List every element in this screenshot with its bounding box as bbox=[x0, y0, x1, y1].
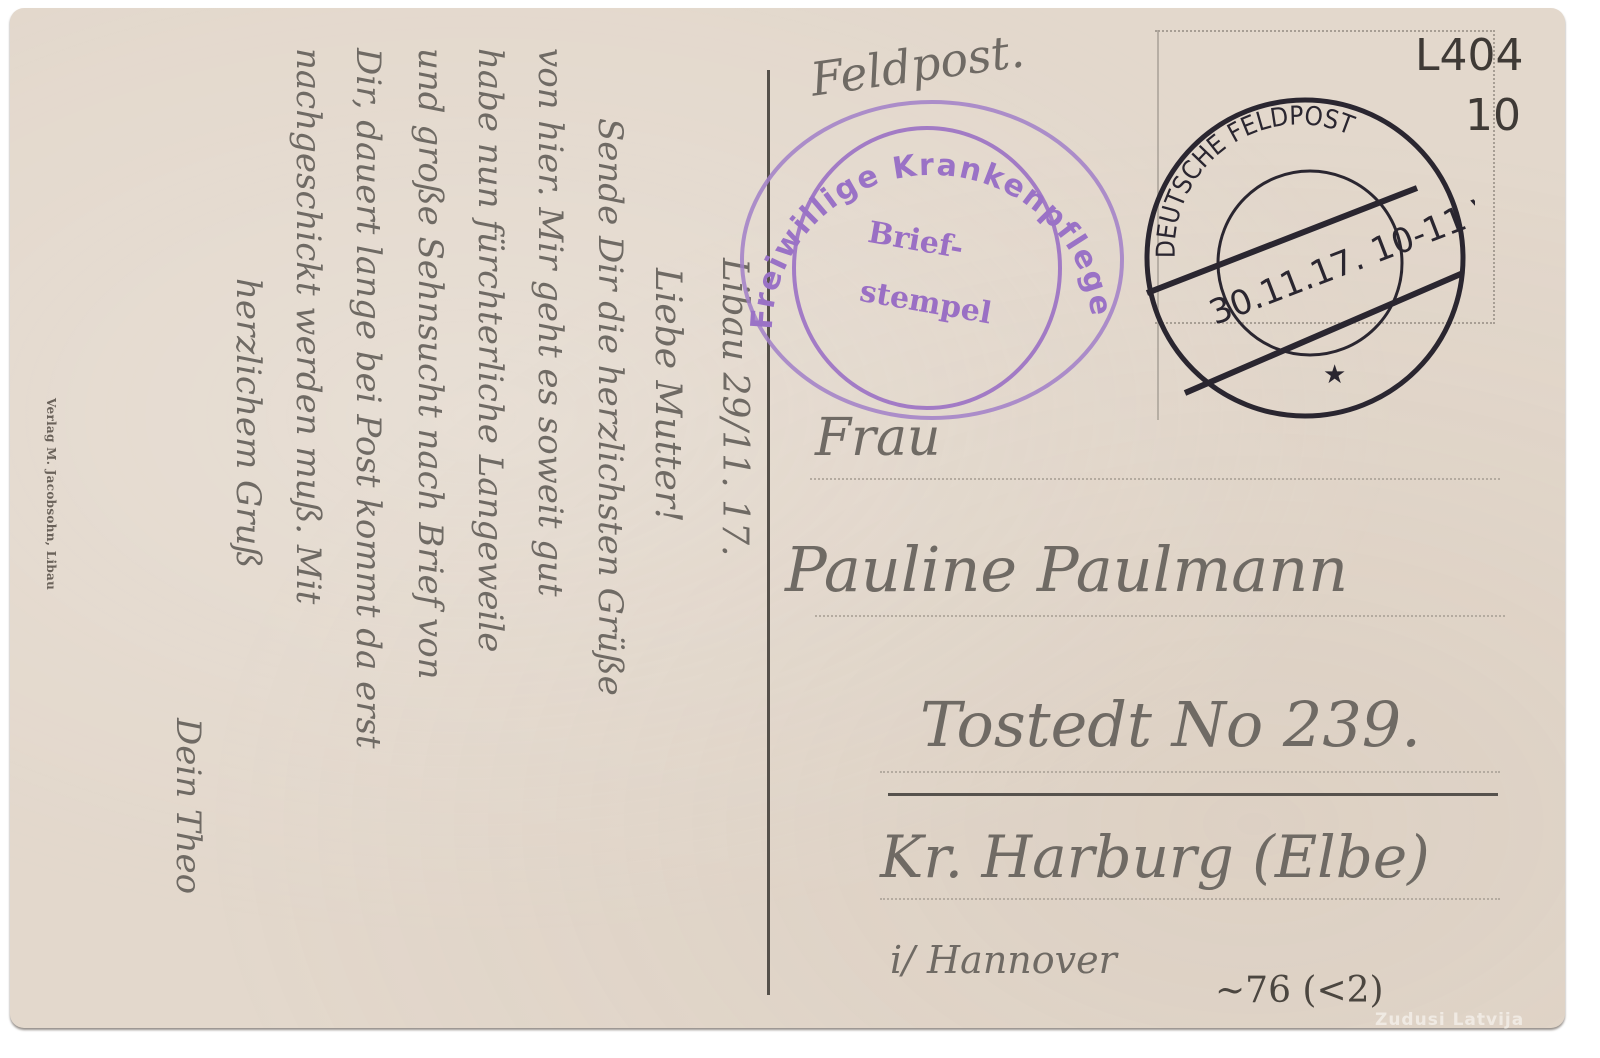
watermark: Zudusi Latvija bbox=[1375, 1010, 1524, 1030]
letter-line: herzlichem Gruß bbox=[228, 278, 268, 568]
catalog-number: L404 bbox=[1415, 30, 1524, 81]
address-salutation: Frau bbox=[815, 408, 940, 468]
price-note: ~76 (<2) bbox=[1215, 970, 1384, 1011]
letter-line: Dir, dauert lange bei Post kommt da erst bbox=[348, 48, 388, 749]
letter-body: Libau 29/11. 17. Liebe Mutter! Sende Dir… bbox=[160, 28, 770, 1028]
address-name: Pauline Paulmann bbox=[785, 533, 1348, 606]
svg-text:Brief-: Brief- bbox=[865, 215, 966, 266]
address-district: Kr. Harburg (Elbe) bbox=[880, 823, 1430, 891]
publisher-imprint: Verlag M. Jacobsohn, Libau bbox=[44, 398, 58, 590]
address-line-4 bbox=[880, 898, 1500, 900]
address-region: i/ Hannover bbox=[890, 938, 1117, 982]
svg-text:DEUTSCHE FELDPOST: DEUTSCHE FELDPOST bbox=[1152, 101, 1359, 258]
letter-signature: Dein Theo bbox=[168, 718, 208, 894]
postcard: Verlag M. Jacobsohn, Libau Libau 29/11. … bbox=[10, 8, 1565, 1028]
svg-text:30.11.17. 10-11 V.: 30.11.17. 10-11 V. bbox=[1204, 184, 1475, 333]
letter-greeting: Liebe Mutter! bbox=[647, 268, 688, 522]
svg-text:★: ★ bbox=[1323, 360, 1346, 390]
address-line-1 bbox=[810, 478, 1500, 480]
letter-line: Sende Dir die herzlichsten Grüße bbox=[590, 118, 630, 696]
address-line-2 bbox=[815, 615, 1505, 617]
address-line-3 bbox=[880, 771, 1500, 773]
address-street: Tostedt No 239. bbox=[920, 688, 1421, 761]
letter-line: und große Sehnsucht nach Brief von bbox=[410, 48, 450, 680]
letter-line: habe nun fürchterliche Langeweile bbox=[470, 48, 510, 652]
violet-hospital-stamp: Freiwillige Krankenpflege Brief- stempel bbox=[732, 90, 1132, 420]
address-underline bbox=[888, 793, 1498, 796]
catalog-subnumber: 10 bbox=[1465, 90, 1521, 141]
letter-line: von hier. Mir geht es soweit gut bbox=[530, 48, 570, 597]
svg-text:stempel: stempel bbox=[857, 274, 994, 332]
feldpost-postmark: DEUTSCHE FELDPOST 30.11.17. 10-11 V. ★ bbox=[1135, 93, 1475, 423]
letter-line: nachgeschickt werden muß. Mit bbox=[288, 48, 328, 604]
